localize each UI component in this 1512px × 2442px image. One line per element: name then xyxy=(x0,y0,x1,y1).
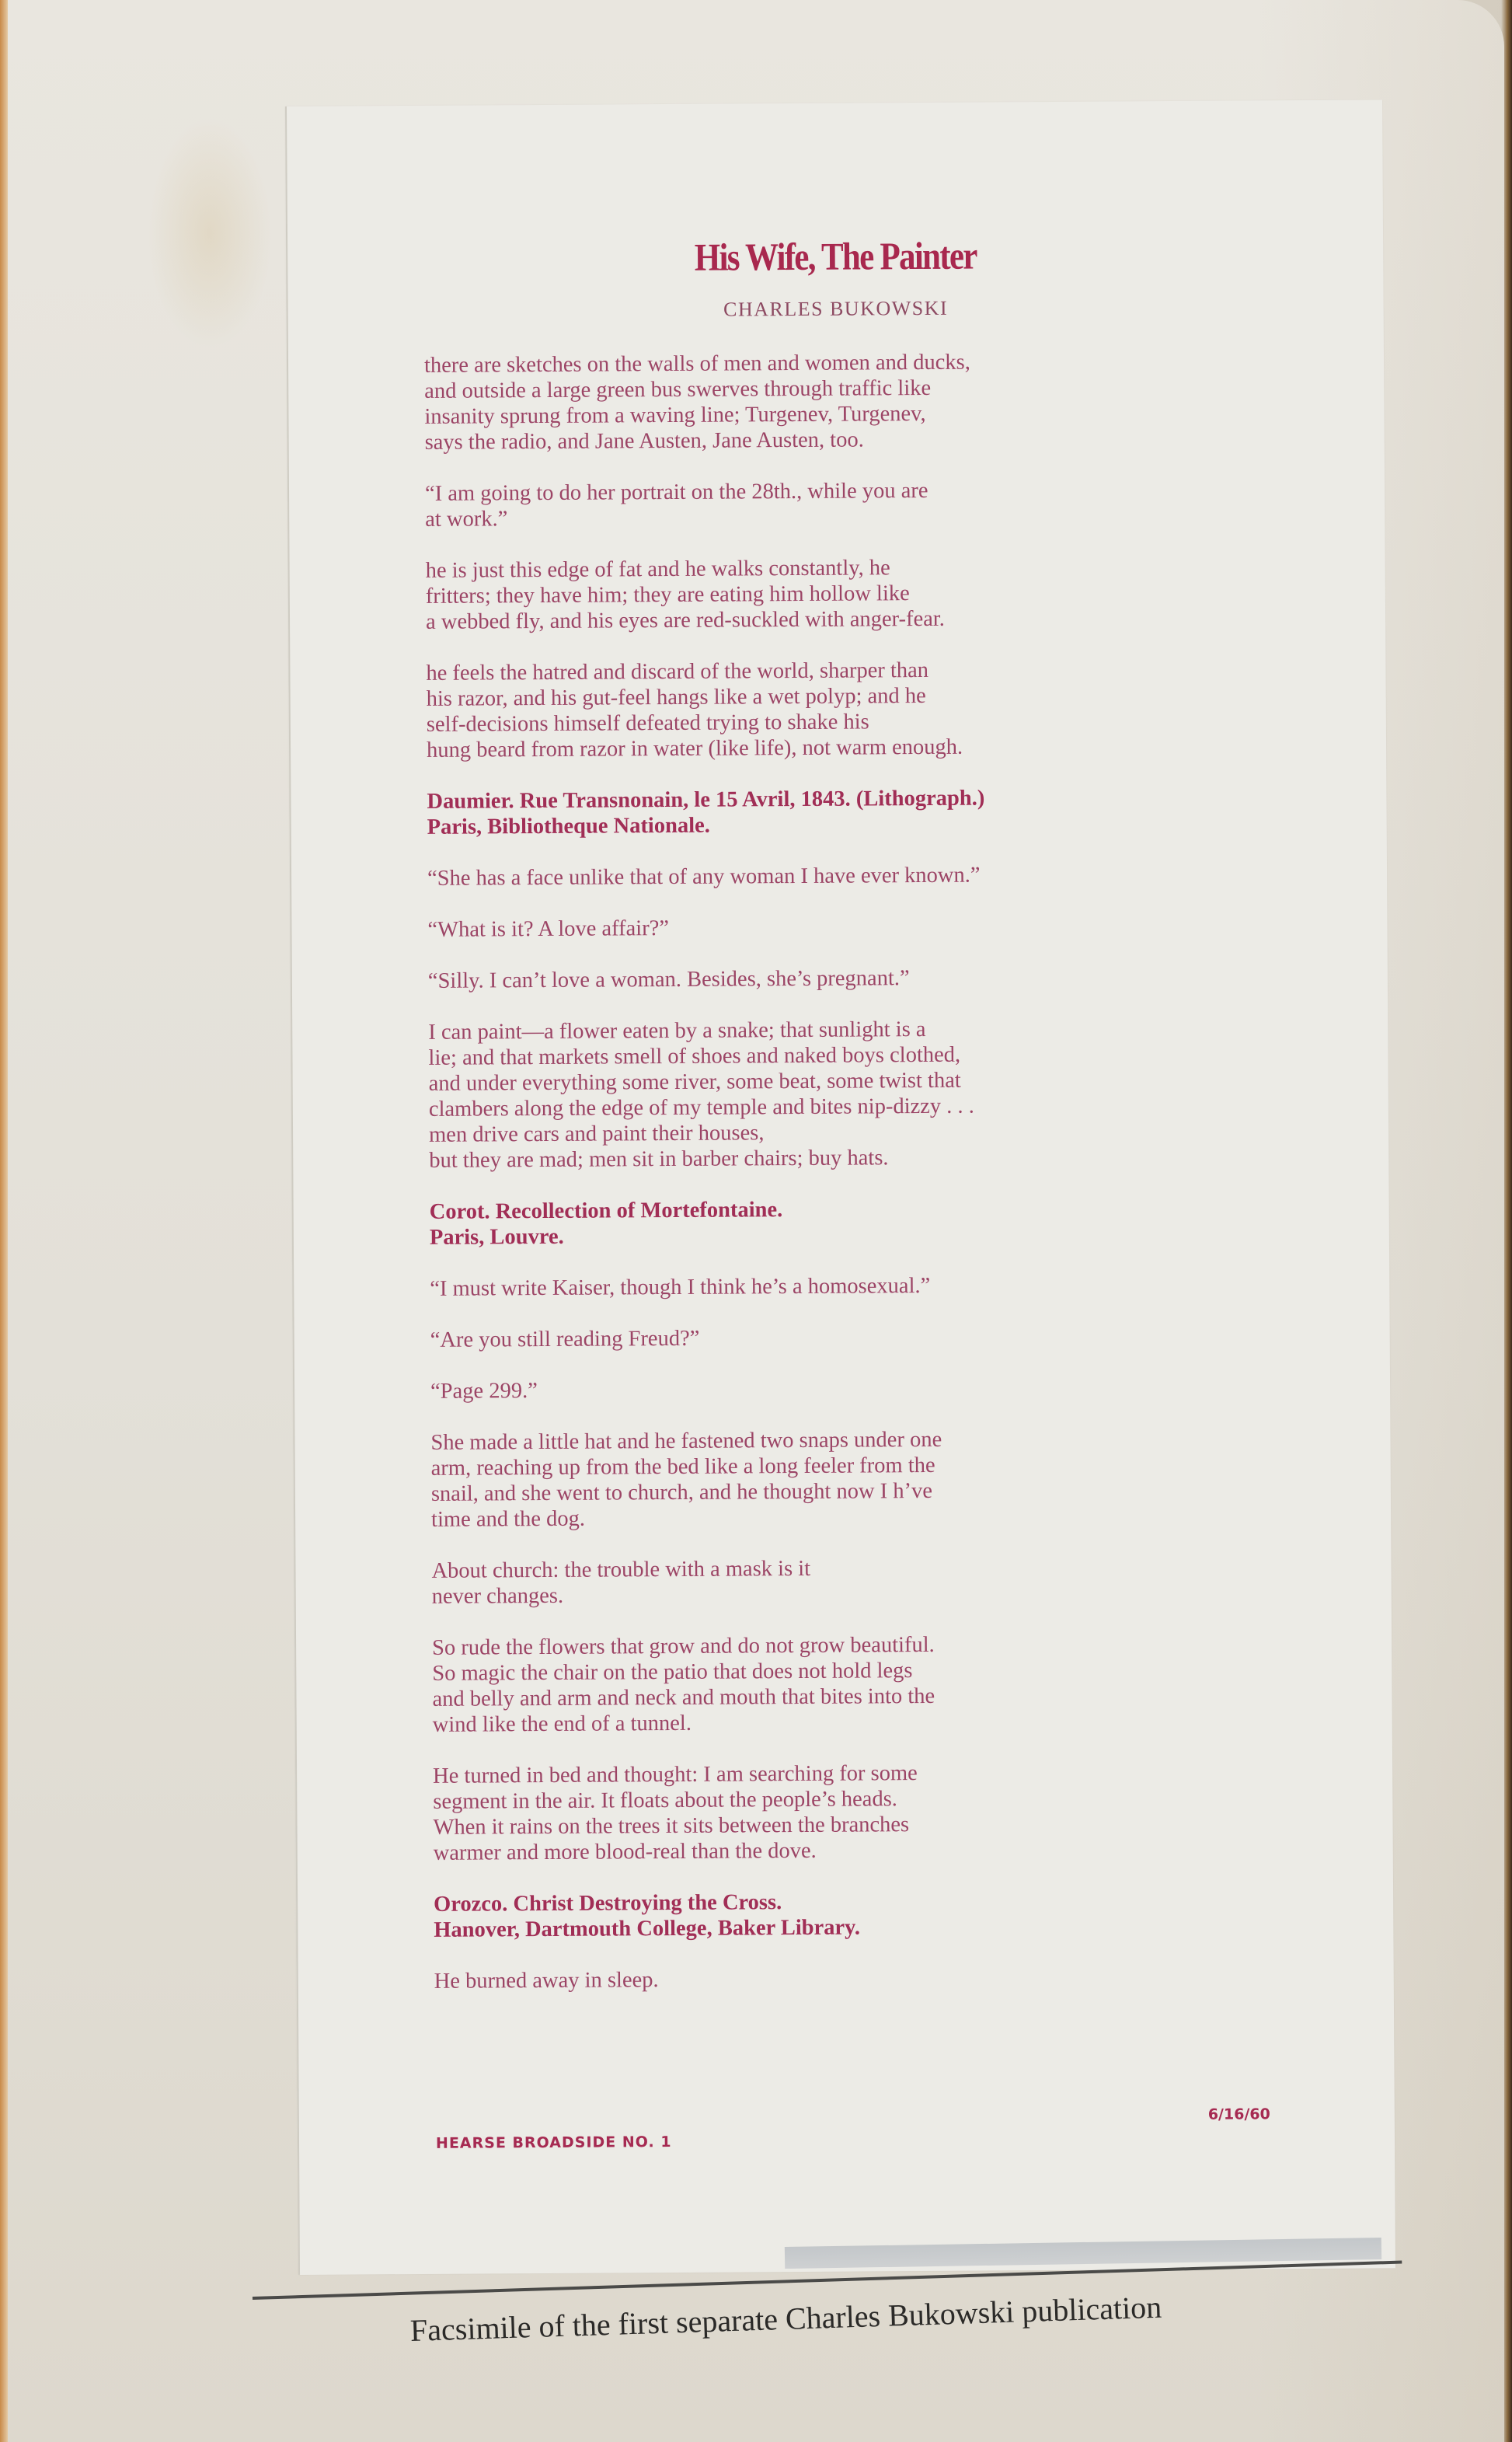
poem-stanza: “I am going to do her portrait on the 28… xyxy=(425,476,1303,532)
poem-stanza: I can paint—a flower eaten by a snake; t… xyxy=(428,1014,1307,1174)
poem-title: His Wife, The Painter xyxy=(364,231,1307,281)
broadside-series-label: HEARSE BROADSIDE NO. 1 xyxy=(436,2133,672,2152)
poem-stanza: “I must write Kaiser, though I think he’… xyxy=(430,1271,1308,1302)
poem-body: there are sketches on the walls of men a… xyxy=(424,347,1312,2020)
poem-stanza: So rude the flowers that grow and do not… xyxy=(432,1630,1311,1738)
poem-stanza: “What is it? A love affair?” xyxy=(427,912,1305,943)
paper-stain xyxy=(148,117,272,350)
broadside-facsimile: His Wife, The Painter CHARLES BUKOWSKI t… xyxy=(285,99,1395,2275)
poem-stanza: “Silly. I can’t love a woman. Besides, s… xyxy=(428,963,1306,994)
poem-stanza: he feels the hatred and discard of the w… xyxy=(426,655,1305,763)
poem-stanza: She made a little hat and he fastened tw… xyxy=(430,1425,1309,1533)
poem-author: CHARLES BUKOWSKI xyxy=(288,294,1384,324)
artwork-citation: Daumier. Rue Transnonain, le 15 Avril, 1… xyxy=(427,783,1305,840)
poem-stanza: he is just this edge of fat and he walks… xyxy=(426,553,1305,635)
poem-stanza: He burned away in sleep. xyxy=(434,1963,1312,1994)
artwork-citation: Corot. Recollection of Mortefontaine. Pa… xyxy=(430,1194,1308,1251)
poem-stanza: “Are you still reading Freud?” xyxy=(430,1322,1308,1353)
artwork-citation: Orozco. Christ Destroying the Cross. Han… xyxy=(434,1886,1312,1943)
poem-stanza: “Page 299.” xyxy=(430,1373,1308,1404)
poem-stanza: About church: the trouble with a mask is… xyxy=(431,1553,1309,1610)
poem-stanza: He turned in bed and thought: I am searc… xyxy=(433,1758,1312,1866)
poem-stanza: there are sketches on the walls of men a… xyxy=(424,347,1303,455)
broadside-date: 6/16/60 xyxy=(1208,2105,1270,2123)
facsimile-caption: Facsimile of the first separate Charles … xyxy=(409,2289,1162,2349)
poem-stanza: “She has a face unlike that of any woman… xyxy=(427,860,1305,891)
book-page: His Wife, The Painter CHARLES BUKOWSKI t… xyxy=(8,0,1504,2442)
